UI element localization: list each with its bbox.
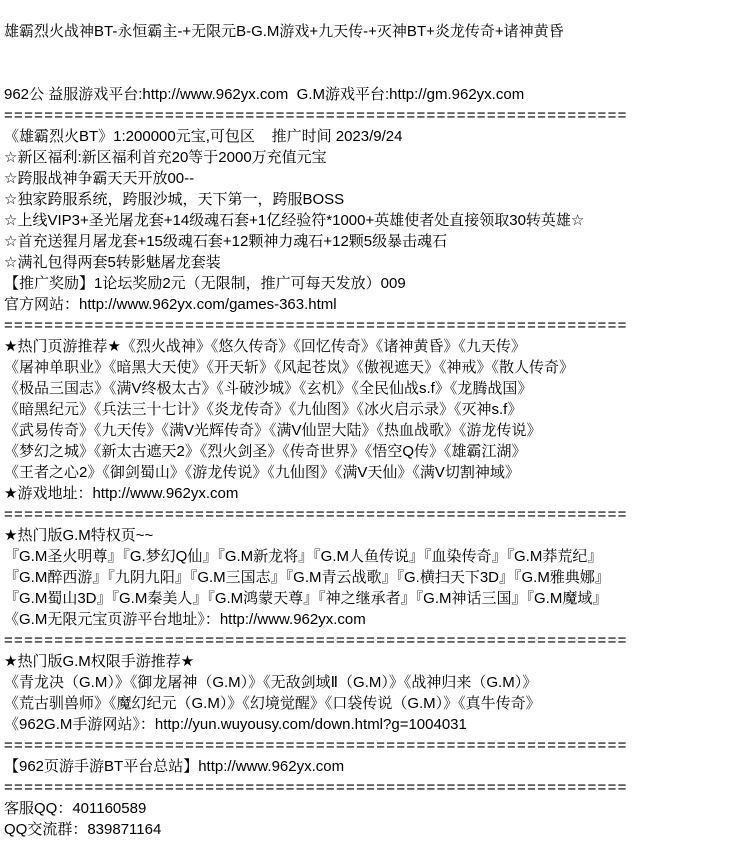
- separator: ========================================…: [4, 315, 687, 336]
- hot-web-games-heading: ★热门页游推荐★: [4, 338, 121, 355]
- hot-gm-pages-heading: ★热门版G.M特权页~~: [4, 525, 749, 546]
- official-site-label: 官方网站：: [4, 296, 79, 313]
- feature-item: ☆满礼包得两套5转影魅屠龙套装: [4, 252, 749, 273]
- game-address-label: ★游戏地址：: [4, 485, 92, 502]
- feature-item: ☆上线VIP3+圣光屠龙套+14级魂石套+1亿经验符*1000+英雄使者处直接领…: [4, 210, 749, 231]
- separator: ========================================…: [4, 105, 687, 126]
- qq-group: QQ交流群：839871164: [4, 819, 749, 840]
- game-list-line: 《屠神单职业》《暗黑大天使》《开天斩》《风起苍岚》《傲视遮天》《神戒》《散人传奇…: [4, 357, 749, 378]
- official-site-line: 官方网站：http://www.962yx.com/games-363.html: [4, 294, 749, 315]
- promo-headline: 《雄霸烈火BT》1:200000元宝,可包区 推广时间 2023/9/24: [4, 126, 749, 147]
- platform-url-link[interactable]: http://www.962yx.com: [142, 86, 288, 103]
- hot-gm-mobile-heading: ★热门版G.M权限手游推荐★: [4, 651, 749, 672]
- separator: ========================================…: [4, 504, 687, 525]
- gm-platform-address-link[interactable]: http://www.962yx.com: [220, 611, 366, 628]
- game-list-line: 《暗黑纪元》《兵法三十七计》《炎龙传奇》《九仙图》《冰火启示录》《灭神s.f》: [4, 399, 749, 420]
- game-address-link[interactable]: http://www.962yx.com: [92, 485, 238, 502]
- separator: ========================================…: [4, 630, 687, 651]
- feature-item: ☆独家跨服系统，跨服沙城，天下第一，跨服BOSS: [4, 189, 749, 210]
- feature-item: ☆首充送猩月屠龙套+15级魂石套+12颗神力魂石+12颗5级暴击魂石: [4, 231, 749, 252]
- mobile-game-list-line: 《青龙决（G.M）》《御龙屠神（G.M）》《无敌剑域Ⅱ（G.M）》《战神归来（G…: [4, 672, 749, 693]
- hot-web-games-line: ★热门页游推荐★《烈火战神》《悠久传奇》《回忆传奇》《诸神黄昏》《九天传》: [4, 336, 749, 357]
- official-site-link[interactable]: http://www.962yx.com/games-363.html: [79, 296, 337, 313]
- gm-game-list-line: 『G.M醉西游』『九阴九阳』『G.M三国志』『G.M青云战歌』『G.横扫天下3D…: [4, 567, 749, 588]
- feature-item: ☆新区福利:新区福利首充20等于2000万充值元宝: [4, 147, 749, 168]
- game-list-text: 《烈火战神》《悠久传奇》《回忆传奇》《诸神黄昏》《九天传》: [121, 338, 526, 355]
- game-list-line: 《梦幻之城》《新太古遮天2》《烈火剑圣》《传奇世界》《悟空Q传》《雄霸江湖》: [4, 441, 749, 462]
- gm-platform-prefix: G.M游戏平台:: [288, 86, 389, 103]
- mobile-site-label: 《962G.M手游网站》：: [4, 716, 155, 733]
- document-body: 962公 益服游戏平台:http://www.962yx.com G.M游戏平台…: [4, 84, 749, 840]
- portal-label: 【962页游手游BT平台总站】: [4, 758, 198, 775]
- game-address-line: ★游戏地址：http://www.962yx.com: [4, 483, 749, 504]
- game-list-line: 《极品三国志》《满V终极太古》《斗破沙城》《玄机》《全民仙战s.f》《龙腾战国》: [4, 378, 749, 399]
- mobile-site-line: 《962G.M手游网站》：http://yun.wuyousy.com/down…: [4, 714, 749, 735]
- feature-item: ☆跨服战神争霸天天开放00--: [4, 168, 749, 189]
- separator: ========================================…: [4, 777, 687, 798]
- portal-line: 【962页游手游BT平台总站】http://www.962yx.com: [4, 756, 749, 777]
- portal-link[interactable]: http://www.962yx.com: [198, 758, 344, 775]
- gm-game-list-line: 『G.M蜀山3D』『G.M秦美人』『G.M鸿蒙天尊』『神之继承者』『G.M神话三…: [4, 588, 749, 609]
- game-list-line: 《武易传奇》《九天传》《满V光辉传奇》《满V仙罡大陆》《热血战歌》《游龙传说》: [4, 420, 749, 441]
- promo-reward: 【推广奖励】1论坛奖励2元（无限制，推广可每天发放）009: [4, 273, 749, 294]
- platform-prefix: 962公 益服游戏平台:: [4, 86, 142, 103]
- gm-platform-address-line: 《G.M无限元宝页游平台地址》：http://www.962yx.com: [4, 609, 749, 630]
- page-title: 雄霸烈火战神BT-永恒霸主-+无限元B-G.M游戏+九天传-+灭神BT+炎龙传奇…: [4, 21, 564, 42]
- mobile-game-list-line: 《荒古驯兽师》《魔幻纪元（G.M）》《幻境觉醒》《口袋传说（G.M）》《真牛传奇…: [4, 693, 749, 714]
- gm-platform-url-link[interactable]: http://gm.962yx.com: [389, 86, 524, 103]
- game-list-line: 《王者之心2》《御剑蜀山》《游龙传说》《九仙图》《满V天仙》《满V切割神域》: [4, 462, 749, 483]
- mobile-site-link[interactable]: http://yun.wuyousy.com/down.html?g=10040…: [155, 716, 467, 733]
- gm-platform-address-label: 《G.M无限元宝页游平台地址》：: [4, 611, 220, 628]
- service-qq: 客服QQ：401160589: [4, 798, 749, 819]
- separator: ========================================…: [4, 735, 687, 756]
- gm-game-list-line: 『G.M圣火明尊』『G.梦幻Q仙』『G.M新龙将』『G.M人鱼传说』『血染传奇』…: [4, 546, 749, 567]
- platform-line: 962公 益服游戏平台:http://www.962yx.com G.M游戏平台…: [4, 84, 749, 105]
